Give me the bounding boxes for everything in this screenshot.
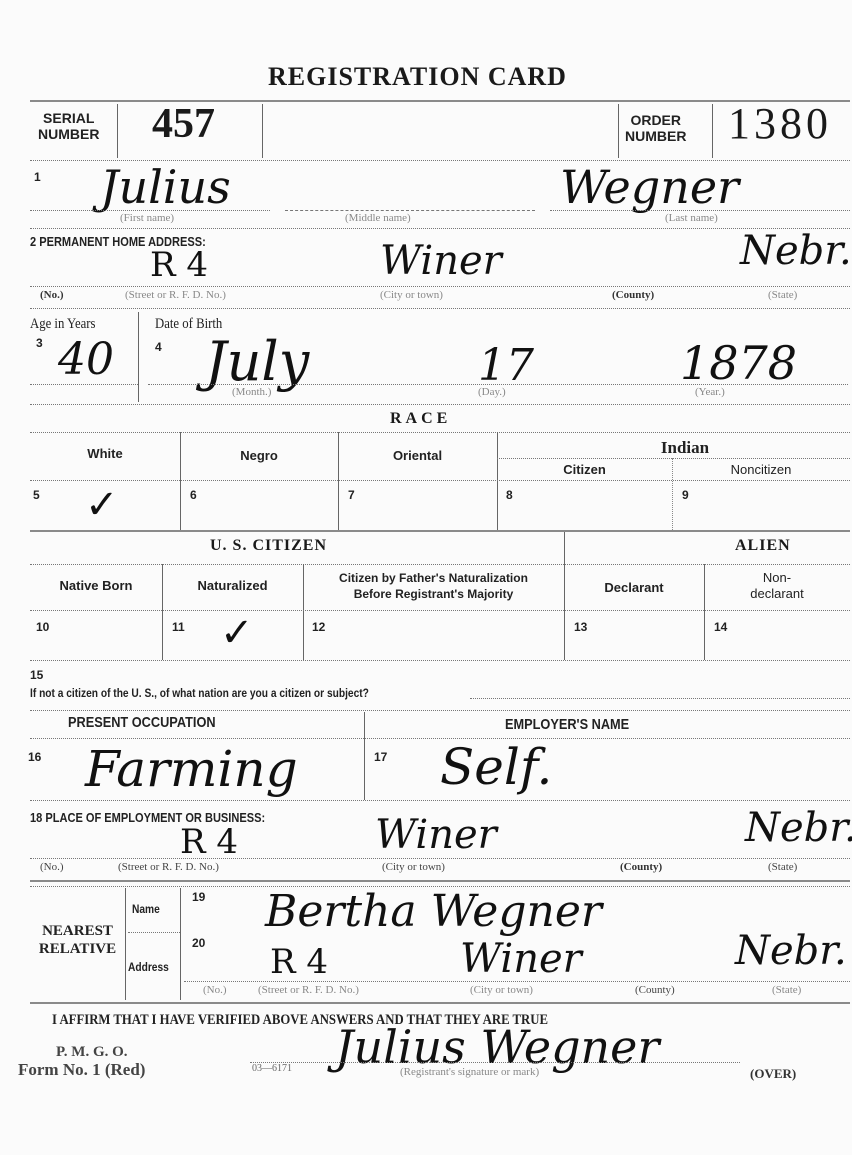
- field-number-8: 8: [506, 488, 513, 502]
- home-state-caption: (State): [768, 289, 797, 301]
- field-number-5: 5: [33, 488, 40, 502]
- race-oriental-label: Oriental: [338, 448, 497, 463]
- first-name-caption: (First name): [120, 212, 174, 224]
- birth-day-caption: (Day.): [478, 386, 506, 398]
- middle-name-caption: (Middle name): [345, 212, 411, 224]
- field-number-19: 19: [192, 890, 205, 904]
- field-number-9: 9: [682, 488, 689, 502]
- field-number-12: 12: [312, 620, 325, 634]
- field-number-13: 13: [574, 620, 587, 634]
- field-number-10: 10: [36, 620, 49, 634]
- field-number-11: 11: [172, 620, 185, 634]
- home-county-caption: (County): [612, 289, 654, 301]
- order-number-label: ORDER NUMBER: [625, 112, 686, 144]
- home-city: Winer: [380, 238, 502, 284]
- signature-caption: (Registrant's signature or mark): [400, 1066, 539, 1078]
- order-label-line-1: ORDER: [625, 112, 686, 128]
- nation-question: If not a citizen of the U. S., of what n…: [30, 686, 369, 700]
- age-value: 40: [58, 334, 114, 385]
- field-number-1: 1: [34, 170, 41, 184]
- home-state: Nebr.: [740, 228, 852, 274]
- field-number-7: 7: [348, 488, 355, 502]
- order-label-line-2: NUMBER: [625, 128, 686, 144]
- relative-county-caption: (County): [635, 984, 675, 996]
- employment-street-caption: (Street or R. F. D. No.): [118, 861, 219, 873]
- race-heading: RACE: [390, 410, 451, 428]
- non-declarant-label: Non- declarant: [704, 570, 850, 602]
- race-indian-noncitizen-label: Noncitizen: [672, 462, 850, 477]
- relative-name-label: Name: [132, 902, 160, 916]
- native-born-label: Native Born: [30, 578, 162, 593]
- over-label: (OVER): [750, 1066, 796, 1082]
- serial-label-line-1: SERIAL: [38, 110, 99, 126]
- race-white-label: White: [30, 446, 180, 461]
- employment-state-caption: (State): [768, 861, 797, 873]
- fathers-naturalization-label-line-2: Before Registrant's Majority: [303, 586, 564, 602]
- last-name: Wegner: [560, 160, 739, 214]
- employment-city-caption: (City or town): [382, 861, 445, 873]
- home-city-caption: (City or town): [380, 289, 443, 301]
- field-number-17: 17: [374, 750, 387, 764]
- declarant-label: Declarant: [564, 580, 704, 595]
- non-declarant-label-line-2: declarant: [704, 586, 850, 602]
- employer-heading: EMPLOYER'S NAME: [505, 716, 629, 733]
- naturalized-label: Naturalized: [162, 578, 303, 593]
- nearest-relative-label-line-1: NEAREST: [30, 922, 125, 940]
- field-number-4: 4: [155, 340, 162, 354]
- relative-no-caption: (No.): [203, 984, 227, 996]
- race-indian-citizen-label: Citizen: [497, 462, 672, 477]
- naturalized-checkbox[interactable]: ✓: [220, 610, 254, 656]
- relative-state: Nebr.: [735, 928, 847, 974]
- relative-street-caption: (Street or R. F. D. No.): [258, 984, 359, 996]
- employment-city: Winer: [375, 812, 497, 858]
- field-number-16: 16: [28, 750, 41, 764]
- us-citizen-heading: U. S. CITIZEN: [210, 537, 327, 555]
- field-number-15: 15: [30, 668, 43, 682]
- last-name-caption: (Last name): [665, 212, 718, 224]
- alien-heading: ALIEN: [735, 537, 791, 555]
- employment-no-caption: (No.): [40, 861, 64, 873]
- field-number-3: 3: [36, 336, 43, 350]
- employment-street: R 4: [180, 822, 238, 862]
- fathers-naturalization-label: Citizen by Father's Naturalization Befor…: [303, 570, 564, 602]
- age-label: Age in Years: [30, 316, 96, 333]
- home-street: R 4: [150, 245, 208, 285]
- pmgo-label: P. M. G. O.: [56, 1044, 128, 1061]
- home-street-caption: (Street or R. F. D. No.): [125, 289, 226, 301]
- relative-name: Bertha Wegner: [265, 886, 602, 937]
- occupation-heading: PRESENT OCCUPATION: [68, 714, 216, 731]
- relative-address-label: Address: [128, 960, 169, 974]
- form-number-label: Form No. 1 (Red): [18, 1060, 145, 1080]
- first-name: Julius: [100, 160, 231, 214]
- field-number-14: 14: [714, 620, 727, 634]
- occupation-value: Farming: [85, 740, 298, 798]
- birth-year-caption: (Year.): [695, 386, 725, 398]
- serial-number: 457: [152, 100, 215, 148]
- order-number: 1380: [728, 98, 832, 149]
- home-no-caption: (No.): [40, 289, 64, 301]
- field-number-20: 20: [192, 936, 205, 950]
- relative-city-caption: (City or town): [470, 984, 533, 996]
- print-code: 03—6171: [252, 1063, 292, 1074]
- race-indian-heading: Indian: [600, 438, 770, 458]
- employer-value: Self.: [440, 738, 552, 796]
- non-declarant-label-line-1: Non-: [704, 570, 850, 586]
- employment-state: Nebr.: [745, 805, 852, 851]
- race-white-checkbox[interactable]: ✓: [85, 482, 119, 528]
- relative-street: R 4: [270, 942, 328, 982]
- card-title: REGISTRATION CARD: [268, 62, 567, 92]
- nearest-relative-label-line-2: RELATIVE: [30, 940, 125, 958]
- birth-month-caption: (Month.): [232, 386, 271, 398]
- serial-label-line-2: NUMBER: [38, 126, 99, 142]
- relative-city: Winer: [460, 936, 582, 982]
- serial-number-label: SERIAL NUMBER: [38, 110, 99, 142]
- field-number-6: 6: [190, 488, 197, 502]
- employment-county-caption: (County): [620, 861, 662, 873]
- nearest-relative-label: NEAREST RELATIVE: [30, 922, 125, 958]
- fathers-naturalization-label-line-1: Citizen by Father's Naturalization: [303, 570, 564, 586]
- relative-state-caption: (State): [772, 984, 801, 996]
- race-negro-label: Negro: [180, 448, 338, 463]
- birth-year: 1878: [680, 336, 797, 390]
